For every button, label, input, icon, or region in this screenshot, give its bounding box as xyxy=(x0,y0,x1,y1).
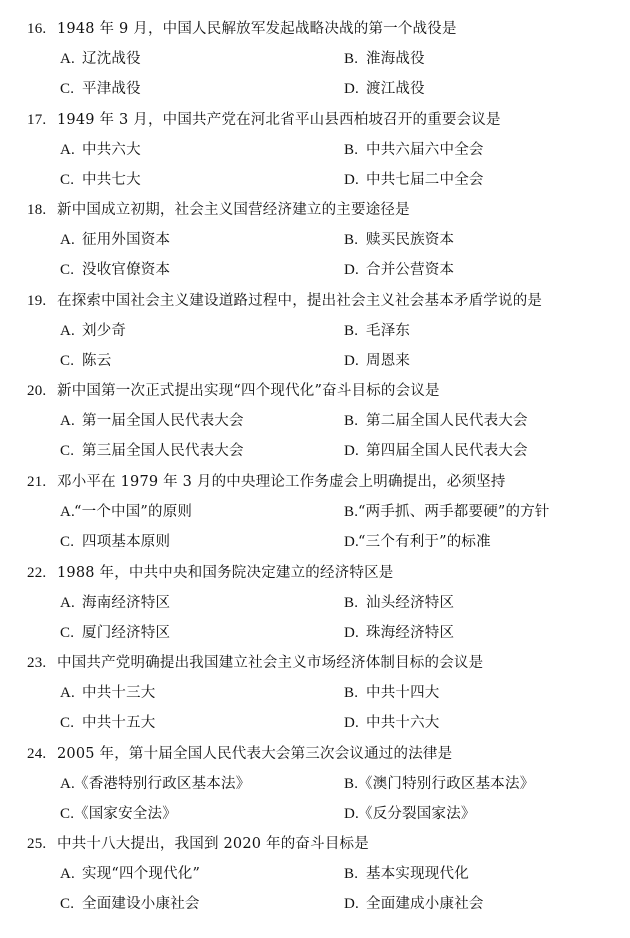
option-b[interactable]: B.赎买民族资本 xyxy=(344,225,454,255)
option-b[interactable]: B.毛泽东 xyxy=(344,316,410,346)
option-text: “两手抓、两手都要硬”的方针 xyxy=(358,504,550,520)
option-text: 周恩来 xyxy=(366,353,410,369)
question-stem: 25.中共十八大提出，我国到 2020 年的奋斗目标是 xyxy=(27,829,369,859)
option-text: 辽沈战役 xyxy=(82,51,141,67)
option-c[interactable]: C.没收官僚资本 xyxy=(60,255,170,285)
question-text: 1948 年 9 月，中国人民解放军发起战略决战的第一个战役是 xyxy=(57,21,457,37)
option-text: 《反分裂国家法》 xyxy=(358,806,476,822)
question-text: 1949 年 3 月，中国共产党在河北省平山县西柏坡召开的重要会议是 xyxy=(57,112,501,128)
question-19: 19.在探索中国社会主义建设道路过程中，提出社会主义社会基本矛盾学说的是 A.刘… xyxy=(0,286,630,377)
option-text: 中共十五大 xyxy=(82,715,156,731)
option-text: 四项基本原则 xyxy=(82,534,170,550)
option-d[interactable]: D.《反分裂国家法》 xyxy=(344,799,476,829)
question-number: 16. xyxy=(27,14,57,44)
question-25: 25.中共十八大提出，我国到 2020 年的奋斗目标是 A.实现“四个现代化” … xyxy=(0,829,630,920)
option-a[interactable]: A.《香港特别行政区基本法》 xyxy=(60,769,250,799)
option-letter: A. xyxy=(60,769,74,799)
question-text: 在探索中国社会主义建设道路过程中，提出社会主义社会基本矛盾学说的是 xyxy=(57,293,542,309)
question-20: 20.新中国第一次正式提出实现“四个现代化”奋斗目标的会议是 A.第一届全国人民… xyxy=(0,376,630,467)
option-text: 刘少奇 xyxy=(82,323,126,339)
option-text: 中共十六大 xyxy=(366,715,440,731)
option-c[interactable]: C.平津战役 xyxy=(60,74,141,104)
option-a[interactable]: A.刘少奇 xyxy=(60,316,126,346)
option-text: 第二届全国人民代表大会 xyxy=(366,413,528,429)
question-text: 新中国成立初期，社会主义国营经济建立的主要途径是 xyxy=(57,202,410,218)
option-letter: A. xyxy=(60,316,82,346)
option-c[interactable]: C.厦门经济特区 xyxy=(60,618,170,648)
question-stem: 19.在探索中国社会主义建设道路过程中，提出社会主义社会基本矛盾学说的是 xyxy=(27,286,542,316)
question-text: 1988 年，中共中央和国务院决定建立的经济特区是 xyxy=(57,565,394,581)
option-letter: D. xyxy=(344,799,358,829)
option-text: 淮海战役 xyxy=(366,51,425,67)
question-stem: 21.邓小平在 1979 年 3 月的中央理论工作务虚会上明确提出，必须坚持 xyxy=(27,467,506,497)
option-d[interactable]: D.珠海经济特区 xyxy=(344,618,454,648)
question-23: 23.中国共产党明确提出我国建立社会主义市场经济体制目标的会议是 A.中共十三大… xyxy=(0,648,630,739)
option-text: 没收官僚资本 xyxy=(82,262,170,278)
option-text: 第一届全国人民代表大会 xyxy=(82,413,244,429)
option-text: 中共七届二中全会 xyxy=(366,172,484,188)
question-stem: 24.2005 年，第十届全国人民代表大会第三次会议通过的法律是 xyxy=(27,739,452,769)
option-text: 赎买民族资本 xyxy=(366,232,454,248)
option-letter: A. xyxy=(60,406,82,436)
option-d[interactable]: D.全面建成小康社会 xyxy=(344,889,484,919)
option-letter: C. xyxy=(60,165,82,195)
option-text: 中共六届六中全会 xyxy=(366,142,484,158)
option-letter: C. xyxy=(60,74,82,104)
option-d[interactable]: D.合并公营资本 xyxy=(344,255,454,285)
option-letter: D. xyxy=(344,618,366,648)
question-text: 邓小平在 1979 年 3 月的中央理论工作务虚会上明确提出，必须坚持 xyxy=(57,474,506,490)
option-c[interactable]: C.《国家安全法》 xyxy=(60,799,177,829)
option-letter: A. xyxy=(60,497,74,527)
option-letter: D. xyxy=(344,436,366,466)
option-text: “一个中国”的原则 xyxy=(74,504,192,520)
option-a[interactable]: A.中共十三大 xyxy=(60,678,156,708)
question-number: 23. xyxy=(27,648,57,678)
option-letter: B. xyxy=(344,497,358,527)
option-text: 《国家安全法》 xyxy=(74,806,177,822)
option-text: 全面建成小康社会 xyxy=(366,896,484,912)
question-text: 中共十八大提出，我国到 2020 年的奋斗目标是 xyxy=(57,836,369,852)
option-text: 渡江战役 xyxy=(366,81,425,97)
question-number: 19. xyxy=(27,286,57,316)
option-text: 毛泽东 xyxy=(366,323,410,339)
option-letter: B. xyxy=(344,316,366,346)
question-text: 中国共产党明确提出我国建立社会主义市场经济体制目标的会议是 xyxy=(57,655,483,671)
option-c[interactable]: C.中共十五大 xyxy=(60,708,156,738)
option-text: 陈云 xyxy=(82,353,111,369)
option-letter: C. xyxy=(60,436,82,466)
question-number: 24. xyxy=(27,739,57,769)
option-text: 厦门经济特区 xyxy=(82,625,170,641)
question-number: 17. xyxy=(27,105,57,135)
exam-page: 16.1948 年 9 月，中国人民解放军发起战略决战的第一个战役是 A.辽沈战… xyxy=(0,14,630,920)
option-a[interactable]: A.海南经济特区 xyxy=(60,588,170,618)
option-text: 《澳门特别行政区基本法》 xyxy=(358,776,534,792)
option-a[interactable]: A.辽沈战役 xyxy=(60,44,141,74)
question-text: 新中国第一次正式提出实现“四个现代化”奋斗目标的会议是 xyxy=(57,383,440,399)
option-letter: B. xyxy=(344,135,366,165)
option-a[interactable]: A.征用外国资本 xyxy=(60,225,170,255)
option-letter: D. xyxy=(344,708,366,738)
option-a[interactable]: A.“一个中国”的原则 xyxy=(60,497,192,527)
question-text: 2005 年，第十届全国人民代表大会第三次会议通过的法律是 xyxy=(57,746,452,762)
option-d[interactable]: D.周恩来 xyxy=(344,346,410,376)
option-a[interactable]: A.第一届全国人民代表大会 xyxy=(60,406,244,436)
question-16: 16.1948 年 9 月，中国人民解放军发起战略决战的第一个战役是 A.辽沈战… xyxy=(0,14,630,105)
option-letter: C. xyxy=(60,708,82,738)
option-letter: D. xyxy=(344,527,358,557)
option-a[interactable]: A.中共六大 xyxy=(60,135,141,165)
option-text: 中共十三大 xyxy=(82,685,156,701)
option-c[interactable]: C.四项基本原则 xyxy=(60,527,170,557)
question-number: 21. xyxy=(27,467,57,497)
question-number: 20. xyxy=(27,376,57,406)
option-text: 海南经济特区 xyxy=(82,595,170,611)
option-c[interactable]: C.陈云 xyxy=(60,346,111,376)
option-letter: A. xyxy=(60,588,82,618)
option-b[interactable]: B.汕头经济特区 xyxy=(344,588,454,618)
option-letter: B. xyxy=(344,859,366,889)
question-stem: 22.1988 年，中共中央和国务院决定建立的经济特区是 xyxy=(27,558,394,588)
option-b[interactable]: B.《澳门特别行政区基本法》 xyxy=(344,769,534,799)
option-letter: C. xyxy=(60,527,82,557)
question-17: 17.1949 年 3 月，中国共产党在河北省平山县西柏坡召开的重要会议是 A.… xyxy=(0,105,630,196)
option-text: 《香港特别行政区基本法》 xyxy=(74,776,250,792)
option-letter: B. xyxy=(344,406,366,436)
option-text: 基本实现现代化 xyxy=(366,866,469,882)
option-d[interactable]: D.中共十六大 xyxy=(344,708,440,738)
question-stem: 18.新中国成立初期，社会主义国营经济建立的主要途径是 xyxy=(27,195,410,225)
question-21: 21.邓小平在 1979 年 3 月的中央理论工作务虚会上明确提出，必须坚持 A… xyxy=(0,467,630,558)
option-letter: D. xyxy=(344,165,366,195)
question-22: 22.1988 年，中共中央和国务院决定建立的经济特区是 A.海南经济特区 B.… xyxy=(0,558,630,649)
option-c[interactable]: C.中共七大 xyxy=(60,165,141,195)
option-text: 第三届全国人民代表大会 xyxy=(82,443,244,459)
option-letter: B. xyxy=(344,225,366,255)
option-letter: A. xyxy=(60,44,82,74)
question-stem: 16.1948 年 9 月，中国人民解放军发起战略决战的第一个战役是 xyxy=(27,14,457,44)
option-d[interactable]: D.渡江战役 xyxy=(344,74,425,104)
option-letter: C. xyxy=(60,346,82,376)
option-text: 珠海经济特区 xyxy=(366,625,454,641)
option-d[interactable]: D.第四届全国人民代表大会 xyxy=(344,436,528,466)
option-text: 中共十四大 xyxy=(366,685,440,701)
option-c[interactable]: C.第三届全国人民代表大会 xyxy=(60,436,244,466)
option-text: “三个有利于”的标准 xyxy=(358,534,491,550)
option-b[interactable]: B.淮海战役 xyxy=(344,44,425,74)
option-letter: D. xyxy=(344,74,366,104)
option-letter: C. xyxy=(60,799,74,829)
option-text: 实现“四个现代化” xyxy=(82,866,200,882)
option-letter: A. xyxy=(60,225,82,255)
option-letter: C. xyxy=(60,889,82,919)
question-stem: 20.新中国第一次正式提出实现“四个现代化”奋斗目标的会议是 xyxy=(27,376,440,406)
question-stem: 23.中国共产党明确提出我国建立社会主义市场经济体制目标的会议是 xyxy=(27,648,483,678)
option-text: 征用外国资本 xyxy=(82,232,170,248)
question-number: 18. xyxy=(27,195,57,225)
option-b[interactable]: B.基本实现现代化 xyxy=(344,859,469,889)
option-text: 汕头经济特区 xyxy=(366,595,454,611)
option-d[interactable]: D.中共七届二中全会 xyxy=(344,165,484,195)
option-b[interactable]: B.中共十四大 xyxy=(344,678,440,708)
option-text: 中共七大 xyxy=(82,172,141,188)
option-text: 中共六大 xyxy=(82,142,141,158)
question-18: 18.新中国成立初期，社会主义国营经济建立的主要途径是 A.征用外国资本 B.赎… xyxy=(0,195,630,286)
question-stem: 17.1949 年 3 月，中国共产党在河北省平山县西柏坡召开的重要会议是 xyxy=(27,105,501,135)
option-letter: D. xyxy=(344,255,366,285)
option-letter: D. xyxy=(344,346,366,376)
option-letter: C. xyxy=(60,255,82,285)
option-letter: B. xyxy=(344,44,366,74)
option-letter: A. xyxy=(60,135,82,165)
question-number: 25. xyxy=(27,829,57,859)
option-text: 第四届全国人民代表大会 xyxy=(366,443,528,459)
option-text: 全面建设小康社会 xyxy=(82,896,200,912)
option-letter: D. xyxy=(344,889,366,919)
question-24: 24.2005 年，第十届全国人民代表大会第三次会议通过的法律是 A.《香港特别… xyxy=(0,739,630,830)
question-number: 22. xyxy=(27,558,57,588)
option-letter: B. xyxy=(344,678,366,708)
option-b[interactable]: B.“两手抓、两手都要硬”的方针 xyxy=(344,497,550,527)
option-letter: B. xyxy=(344,769,358,799)
option-d[interactable]: D.“三个有利于”的标准 xyxy=(344,527,491,557)
option-b[interactable]: B.第二届全国人民代表大会 xyxy=(344,406,528,436)
option-letter: C. xyxy=(60,618,82,648)
option-letter: A. xyxy=(60,678,82,708)
option-text: 平津战役 xyxy=(82,81,141,97)
option-letter: B. xyxy=(344,588,366,618)
option-c[interactable]: C.全面建设小康社会 xyxy=(60,889,200,919)
option-letter: A. xyxy=(60,859,82,889)
option-text: 合并公营资本 xyxy=(366,262,454,278)
option-a[interactable]: A.实现“四个现代化” xyxy=(60,859,200,889)
option-b[interactable]: B.中共六届六中全会 xyxy=(344,135,484,165)
